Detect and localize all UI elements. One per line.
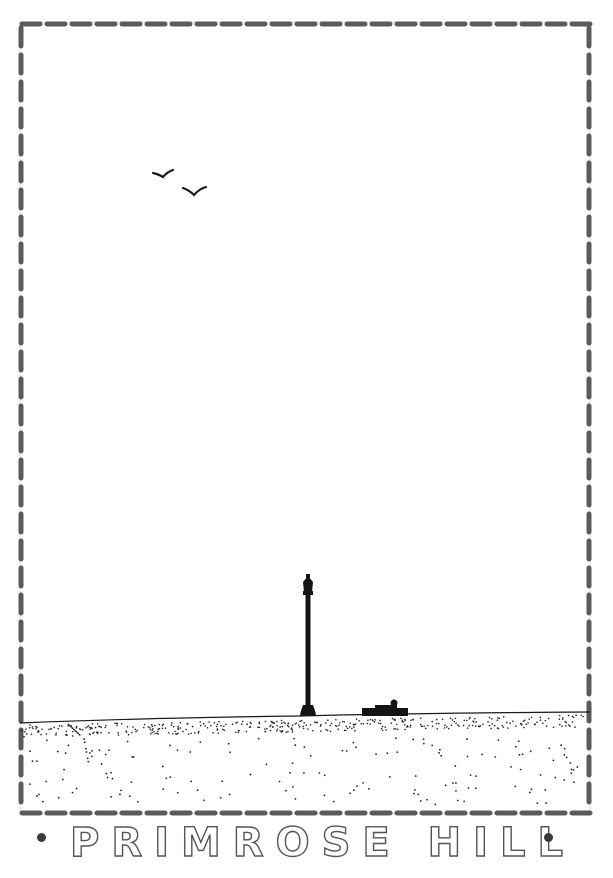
bench-icon xyxy=(362,700,408,717)
dashed-border-frame xyxy=(20,22,590,814)
left-bullet-dot xyxy=(37,833,46,842)
right-bullet-dot xyxy=(544,833,553,842)
lamp-post-icon xyxy=(300,574,316,716)
birds-icon xyxy=(153,170,206,195)
title-banner: PRIMROSE HILL xyxy=(0,818,613,868)
artwork-title: PRIMROSE HILL xyxy=(70,820,520,866)
hill-stipple xyxy=(21,715,584,806)
illustration-canvas xyxy=(0,0,613,878)
